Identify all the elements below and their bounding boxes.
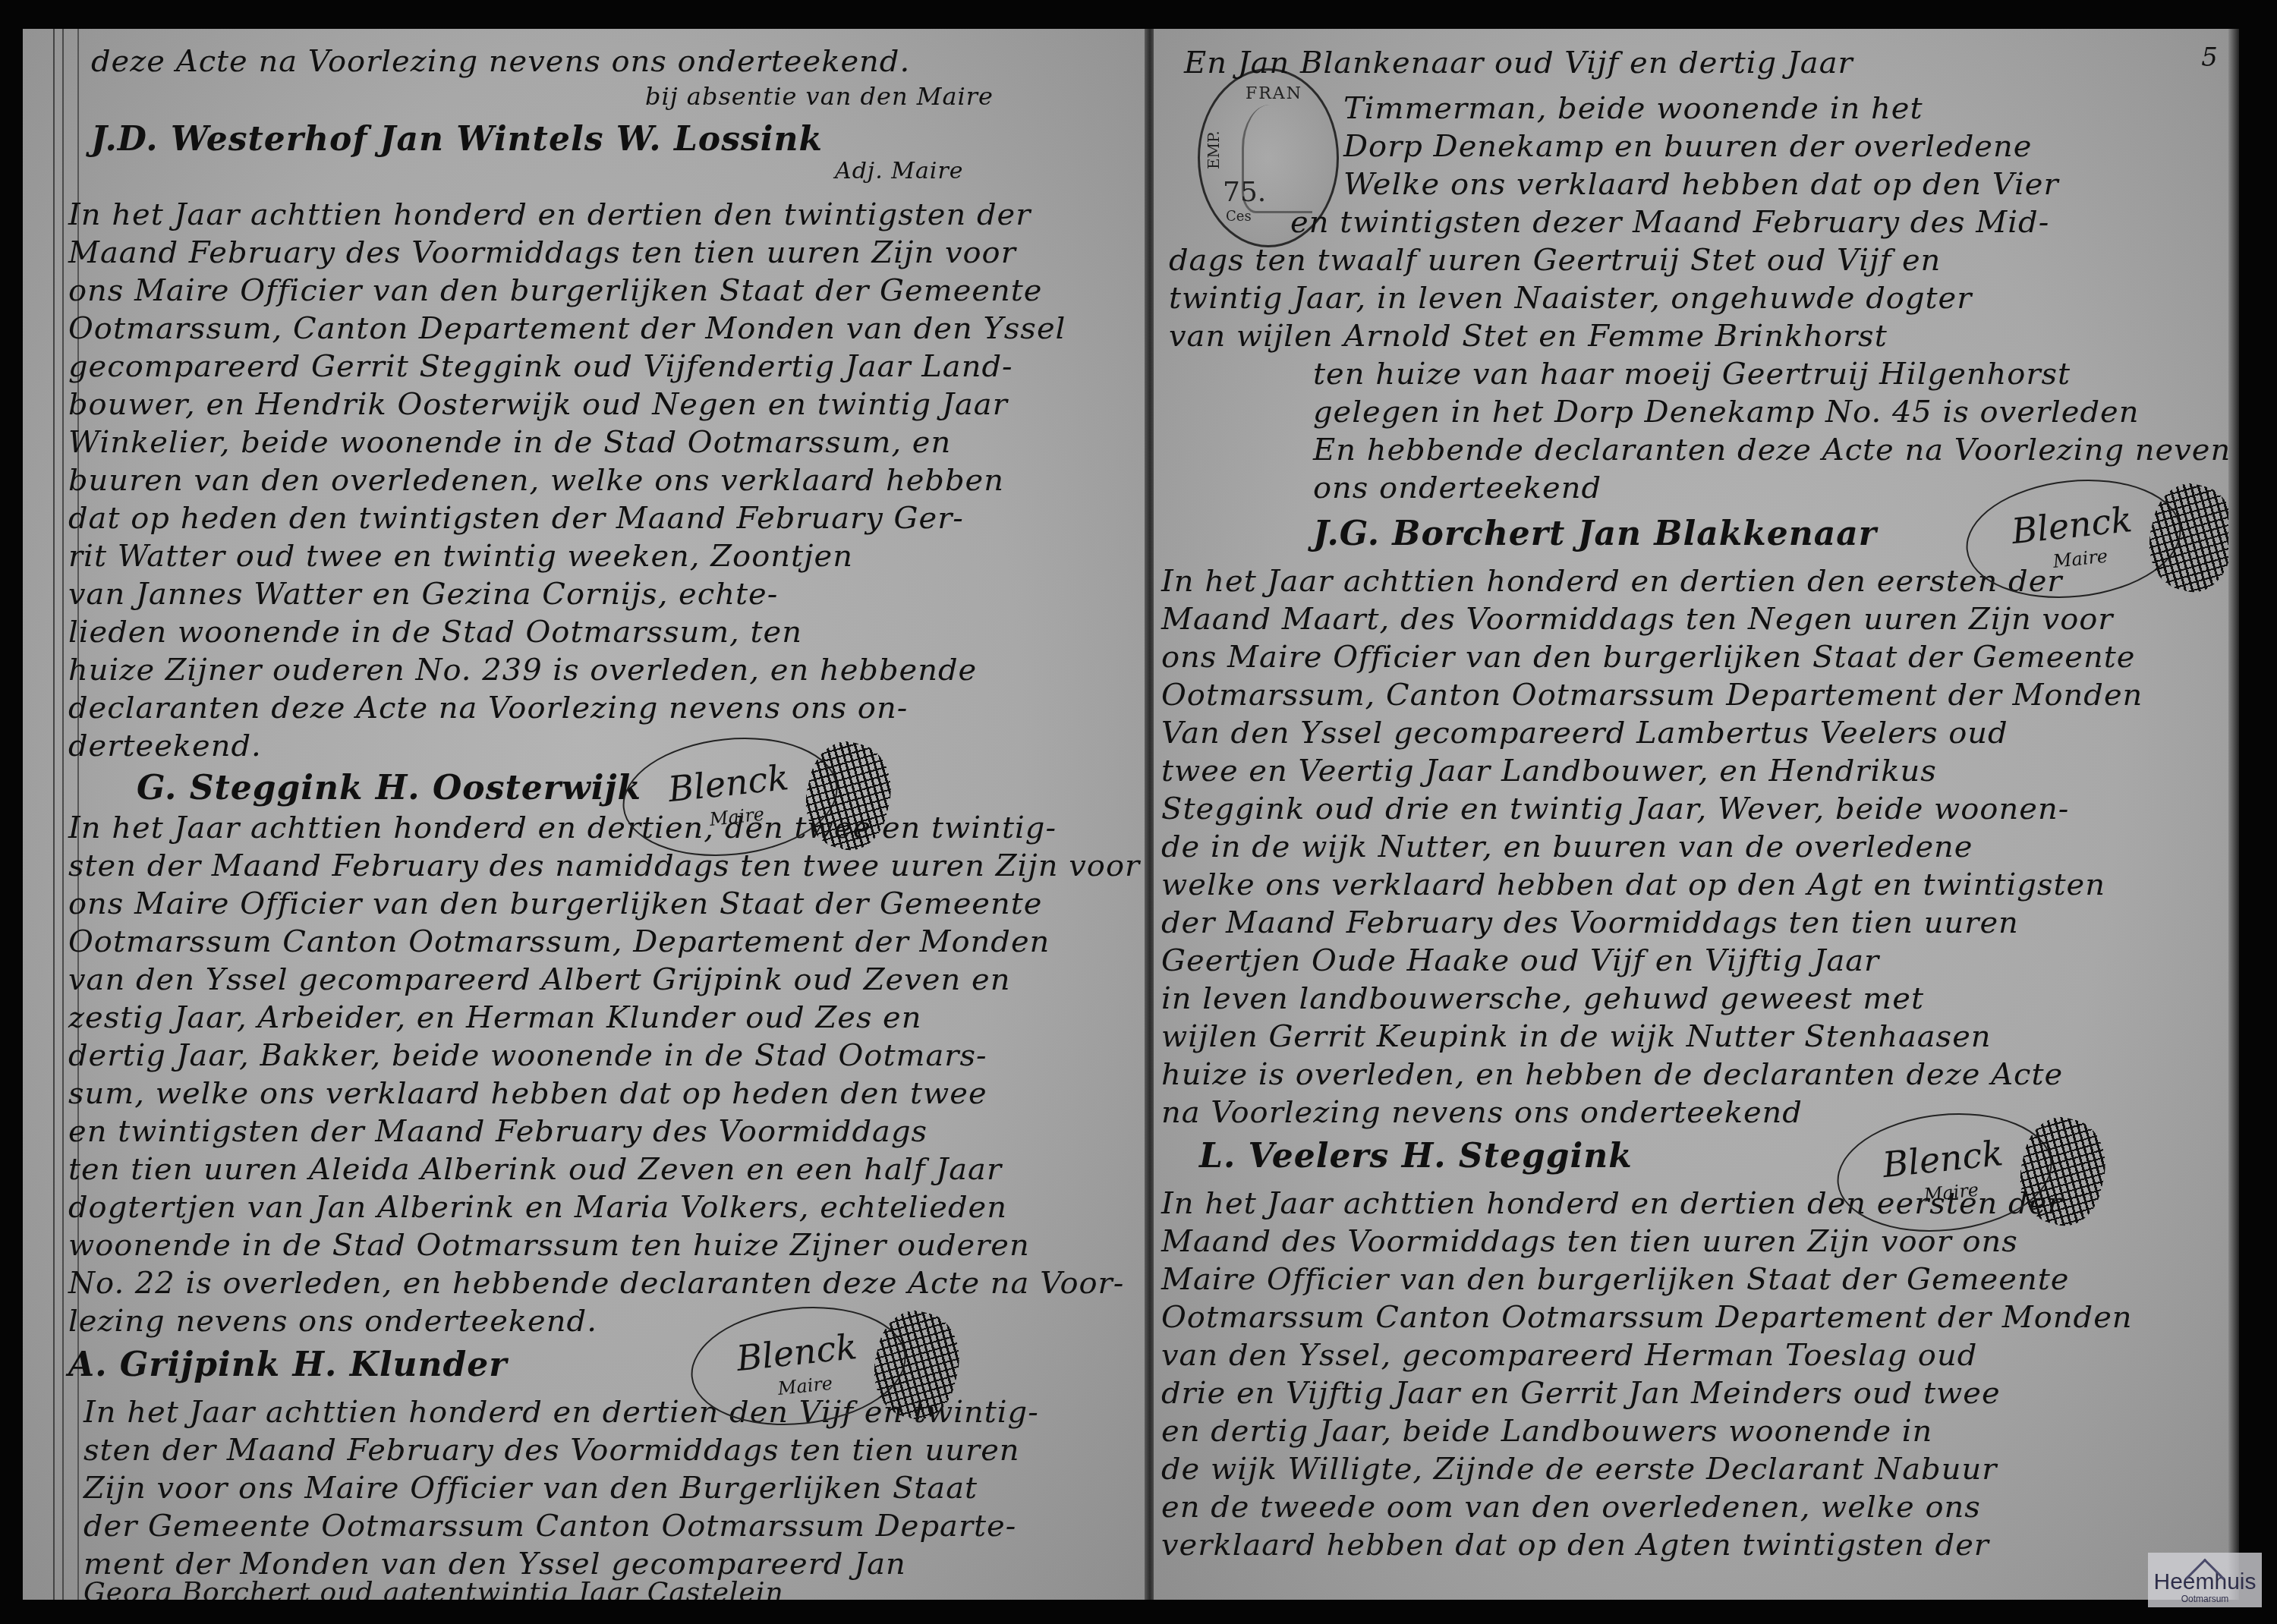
text-line: No. 22 is overleden, en hebbende declara… xyxy=(68,1266,1124,1301)
text-line: dogtertjen van Jan Alberink en Maria Vol… xyxy=(68,1190,1007,1225)
text-line: gelegen in het Dorp Denekamp No. 45 is o… xyxy=(1313,395,2140,430)
text-line: zestig Jaar, Arbeider, en Herman Klunder… xyxy=(68,1000,922,1035)
text-line: ten huize van haar moeij Geertruij Hilge… xyxy=(1313,357,2071,392)
text-line: twintig Jaar, in leven Naaister, ongehuw… xyxy=(1169,281,1972,316)
text-line: Ootmarssum, Canton Ootmarssum Departemen… xyxy=(1161,678,2143,713)
mayor-signature: Blenck xyxy=(666,757,791,810)
text-line: welke ons verklaard hebben dat op den Ag… xyxy=(1161,867,2105,902)
signature-line: A. Grijpink H. Klunder xyxy=(68,1345,508,1384)
right-page: 5 FRAN EMP. 75. Ces En Jan Blankenaar ou… xyxy=(1154,29,2239,1600)
stamp-value: 75. xyxy=(1223,177,1266,208)
signature-line: L. Veelers H. Steggink xyxy=(1199,1137,1633,1176)
signature-line: G. Steggink H. Oosterwijk xyxy=(137,769,641,807)
text-line: van den Yssel, gecompareerd Herman Toesl… xyxy=(1161,1338,1977,1373)
text-line: Steggink oud drie en twintig Jaar, Wever… xyxy=(1161,792,2069,826)
text-line: Winkelier, beide woonende in de Stad Oot… xyxy=(68,425,951,460)
text-line: ons Maire Officier van den burgerlijken … xyxy=(68,886,1043,921)
text-line: en twintigsten dezer Maand February des … xyxy=(1290,205,2049,240)
text-line: In het Jaar achttien honderd en dertien … xyxy=(1161,564,2062,599)
text-line: Van den Yssel gecompareerd Lambertus Vee… xyxy=(1161,716,2008,751)
text-line: En Jan Blankenaar oud Vijf en dertig Jaa… xyxy=(1184,46,1853,80)
register-spread: deze Acte na Voorlezing nevens ons onder… xyxy=(23,29,2239,1600)
text-line: huize Zijner ouderen No. 239 is overlede… xyxy=(68,653,977,688)
text-line: Welke ons verklaard hebben dat op den Vi… xyxy=(1343,167,2059,202)
text-line: Maire Officier van den burgerlijken Staa… xyxy=(1161,1262,2069,1297)
text-line: van wijlen Arnold Stet en Femme Brinkhor… xyxy=(1169,319,1888,354)
left-page: deze Acte na Voorlezing nevens ons onder… xyxy=(23,29,1146,1600)
text-line: lezing nevens ons onderteekend. xyxy=(68,1304,597,1339)
text-line: Maand Maart, des Voormiddags ten Negen u… xyxy=(1161,602,2113,637)
text-line: Georg Borchert oud agtentwintig Jaar Cas… xyxy=(83,1577,784,1600)
text-line: Maand February des Voormiddags ten tien … xyxy=(68,235,1016,270)
text-line: drie en Vijftig Jaar en Gerrit Jan Meind… xyxy=(1161,1376,2001,1411)
mayor-role: Maire xyxy=(1923,1179,1980,1206)
archive-watermark: Heemhuis Ootmarsum xyxy=(2148,1553,2262,1607)
text-line: na Voorlezing nevens ons onderteekend xyxy=(1161,1095,1803,1130)
text-line: en twintigsten der Maand February des Vo… xyxy=(68,1114,927,1149)
text-line: sten der Maand February des namiddags te… xyxy=(68,848,1140,883)
text-line: de wijk Willigte, Zijnde de eerste Decla… xyxy=(1161,1452,1997,1487)
text-line: lieden woonende in de Stad Ootmarssum, t… xyxy=(68,615,802,650)
page-number: 5 xyxy=(2201,42,2218,73)
text-line: declaranten deze Acte na Voorlezing neve… xyxy=(68,691,908,725)
text-line: sum, welke ons verklaard hebben dat op h… xyxy=(68,1076,987,1111)
mayor-role: Maire xyxy=(709,804,766,830)
text-line: bij absentie van den Maire xyxy=(645,82,994,111)
signature-line: J.G. Borchert Jan Blakkenaar xyxy=(1313,515,1877,553)
text-line: en dertig Jaar, beide Landbouwers woonen… xyxy=(1161,1414,1932,1449)
text-line: gecompareerd Gerrit Steggink oud Vijfend… xyxy=(68,349,1013,384)
text-line: der Maand February des Voormiddags ten t… xyxy=(1161,905,2019,940)
text-line: Dorp Denekamp en buuren der overledene xyxy=(1343,129,2032,164)
text-line: in leven landbouwersche, gehuwd geweest … xyxy=(1161,981,1924,1016)
text-line: In het Jaar achttien honderd en dertien … xyxy=(68,197,1031,232)
stamp-top-text: FRAN xyxy=(1246,84,1302,103)
text-line: twee en Veertig Jaar Landbouwer, en Hend… xyxy=(1161,754,1937,788)
text-line: dags ten twaalf uuren Geertruij Stet oud… xyxy=(1169,243,1941,278)
text-line: verklaard hebben dat op den Agten twinti… xyxy=(1161,1528,1989,1563)
flourish-scribble xyxy=(2138,476,2239,599)
text-line: de in de wijk Nutter, en buuren van de o… xyxy=(1161,829,1973,864)
text-line: ten tien uuren Aleida Alberink oud Zeven… xyxy=(68,1152,1002,1187)
text-line: ons Maire Officier van den burgerlijken … xyxy=(1161,640,2136,675)
signature-line: J.D. Westerhof Jan Wintels W. Lossink xyxy=(91,120,823,159)
text-line: Ootmarssum, Canton Departement der Monde… xyxy=(68,311,1066,346)
stamp-unit: Ces xyxy=(1226,209,1252,225)
text-line: Ootmarssum Canton Ootmarssum, Departemen… xyxy=(68,924,1050,959)
text-line: bouwer, en Hendrik Oosterwijk oud Negen … xyxy=(68,387,1008,422)
text-line: en de tweede oom van den overledenen, we… xyxy=(1161,1490,1981,1525)
text-line: Zijn voor ons Maire Officier van den Bur… xyxy=(83,1471,978,1506)
text-line: derteekend. xyxy=(68,729,262,763)
text-line: der Gemeente Ootmarssum Canton Ootmarssu… xyxy=(83,1509,1016,1544)
text-line: wijlen Gerrit Keupink in de wijk Nutter … xyxy=(1161,1019,1992,1054)
text-line: In het Jaar achttien honderd en dertien,… xyxy=(68,810,1057,845)
text-line: Geertjen Oude Haake oud Vijf en Vijftig … xyxy=(1161,943,1879,978)
text-line: rit Watter oud twee en twintig weeken, Z… xyxy=(68,539,853,574)
mayor-signature: Blenck xyxy=(2010,499,2134,552)
mayor-role: Maire xyxy=(777,1373,834,1399)
mayor-role: Maire xyxy=(2052,546,2109,572)
mayor-signature: Blenck xyxy=(1881,1132,2005,1185)
text-line: En hebbende declaranten deze Acte na Voo… xyxy=(1313,433,2239,467)
text-line: Adj. Maire xyxy=(835,158,964,184)
text-line: woonende in de Stad Ootmarssum ten huize… xyxy=(68,1228,1030,1263)
text-line: van den Yssel gecompareerd Albert Grijpi… xyxy=(68,962,1010,997)
stamp-left-text: EMP. xyxy=(1205,131,1223,169)
text-line: buuren van den overledenen, welke ons ve… xyxy=(68,463,1004,498)
mayor-signature: Blenck xyxy=(735,1326,859,1379)
text-line: deze Acte na Voorlezing nevens ons onder… xyxy=(91,44,910,79)
text-line: Maand des Voormiddags ten tien uuren Zij… xyxy=(1161,1224,2018,1259)
text-line: dat op heden den twintigsten der Maand F… xyxy=(68,501,964,536)
text-line: van Jannes Watter en Gezina Cornijs, ech… xyxy=(68,577,778,612)
text-line: huize is overleden, en hebben de declara… xyxy=(1161,1057,2063,1092)
text-line: Ootmarssum Canton Ootmarssum Departement… xyxy=(1161,1300,2133,1335)
page-edge xyxy=(2228,29,2239,1600)
text-line: sten der Maand February des Voormiddags … xyxy=(83,1433,1020,1468)
text-line: dertig Jaar, Bakker, beide woonende in d… xyxy=(68,1038,987,1073)
text-line: ons Maire Officier van den burgerlijken … xyxy=(68,273,1043,308)
text-line: ons onderteekend xyxy=(1313,471,1601,505)
text-line: Timmerman, beide woonende in het xyxy=(1343,91,1923,126)
